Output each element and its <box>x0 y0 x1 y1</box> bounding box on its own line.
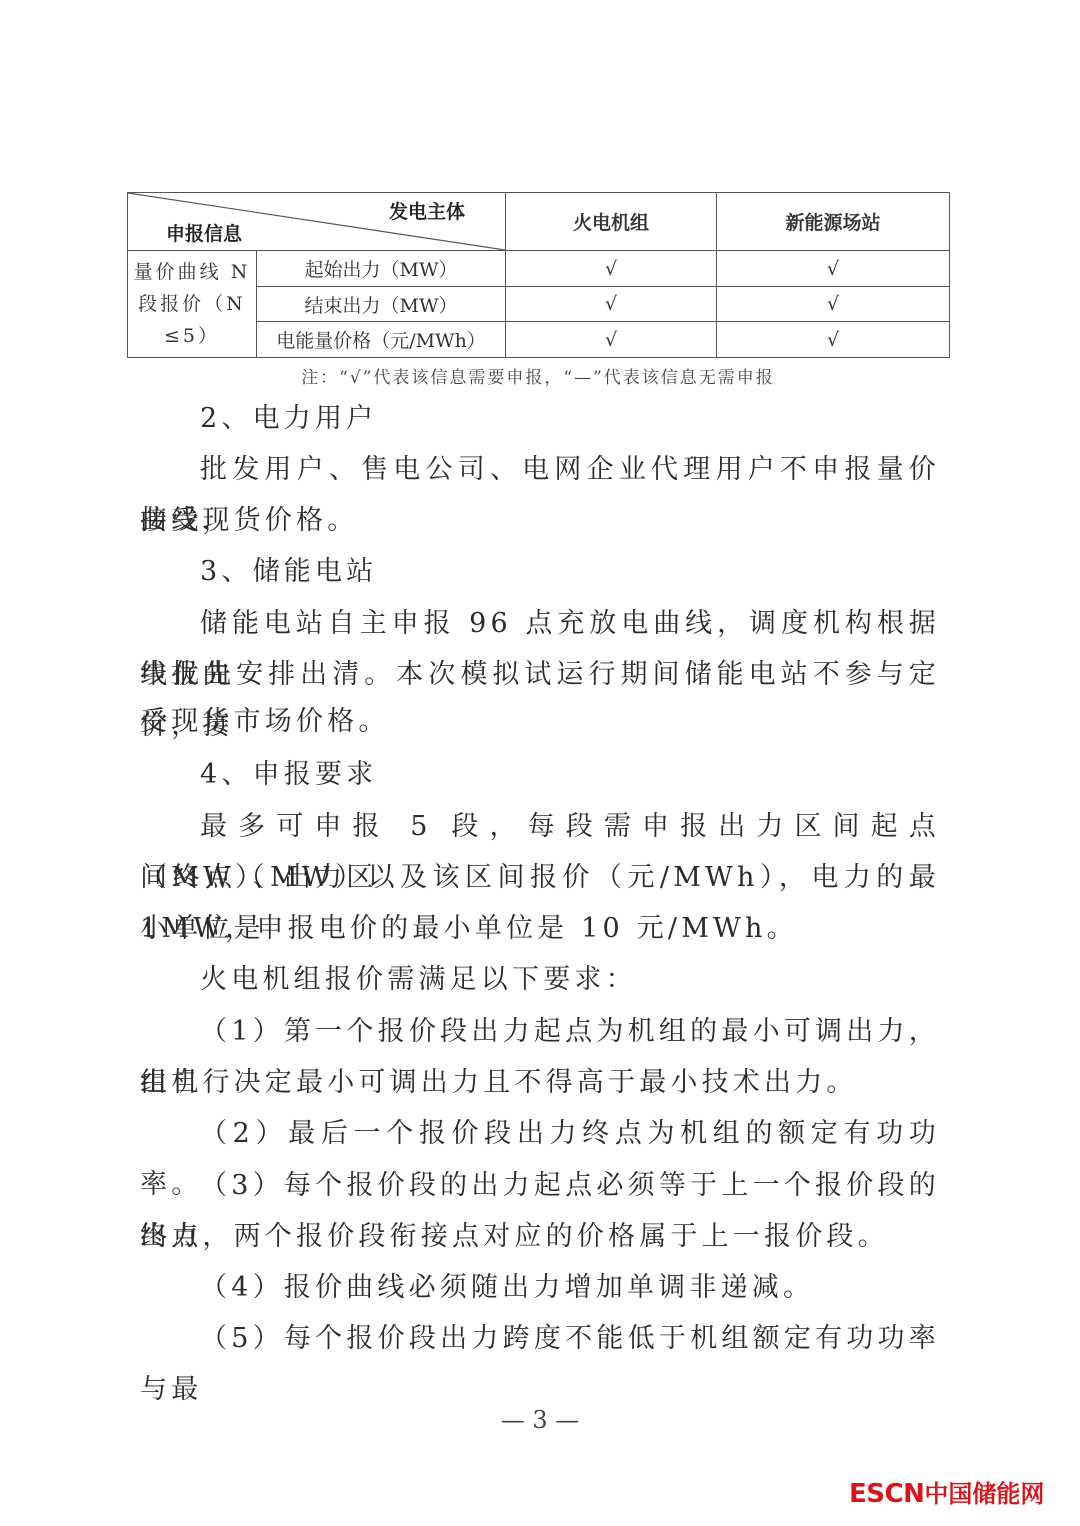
requirement-item: （4）报价曲线必须随出力增加单调非递减。 <box>140 1262 940 1313</box>
check-mark: √ <box>506 322 717 358</box>
row-label-end-output: 结束出力（MW） <box>257 287 506 322</box>
section-heading: 4、申报要求 <box>140 749 940 800</box>
group-label-line: 量价曲线 N <box>128 256 256 288</box>
corner-row-label: 申报信息 <box>166 219 242 246</box>
check-mark: √ <box>717 287 950 322</box>
row-label-start-output: 起始出力（MW） <box>257 251 506 287</box>
table-corner-cell: 发电主体 申报信息 <box>128 193 506 251</box>
group-label-line: 段报价（N <box>128 288 256 320</box>
watermark-cn: 中国储能网 <box>924 1480 1044 1508</box>
column-header-renewable: 新能源场站 <box>717 193 950 251</box>
paragraph-line: 受现货市场价格。 <box>140 696 940 747</box>
table-note: 注：“√”代表该信息需要申报，“—”代表该信息无需申报 <box>127 363 949 388</box>
requirement-item: 组自行决定最小可调出力且不得高于最小技术出力。 <box>140 1057 940 1108</box>
section-heading: 2、电力用户 <box>140 393 940 444</box>
check-mark: √ <box>506 251 717 287</box>
row-label-energy-price: 电能量价格（元/MWh） <box>257 322 506 358</box>
column-header-thermal: 火电机组 <box>506 193 717 251</box>
check-mark: √ <box>506 287 717 322</box>
corner-column-label: 发电主体 <box>389 197 465 224</box>
row-group-label: 量价曲线 N 段报价（N ≤5） <box>128 251 257 358</box>
watermark-latin: ESCN <box>849 1479 924 1509</box>
paragraph-line: 火电机组报价需满足以下要求： <box>140 954 940 1005</box>
page-number: — 3 — <box>0 1406 1080 1434</box>
requirement-item: 终点，两个报价段衔接点对应的价格属于上一报价段。 <box>140 1211 940 1262</box>
requirement-item: （5）每个报价段出力跨度不能低于机组额定有功功率与最 <box>140 1313 940 1415</box>
section-heading: 3、储能电站 <box>140 546 940 597</box>
reporting-info-table: 发电主体 申报信息 火电机组 新能源场站 量价曲线 N 段报价（N ≤5） 起始… <box>127 192 950 358</box>
check-mark: √ <box>717 322 950 358</box>
group-label-line: ≤5） <box>128 320 256 352</box>
check-mark: √ <box>717 251 950 287</box>
escn-watermark-logo: ESCN中国储能网 <box>849 1474 1044 1509</box>
paragraph-line: 1MW，申报电价的最小单位是 10 元/MWh。 <box>140 903 940 954</box>
paragraph-line: 接受现货价格。 <box>140 495 940 546</box>
